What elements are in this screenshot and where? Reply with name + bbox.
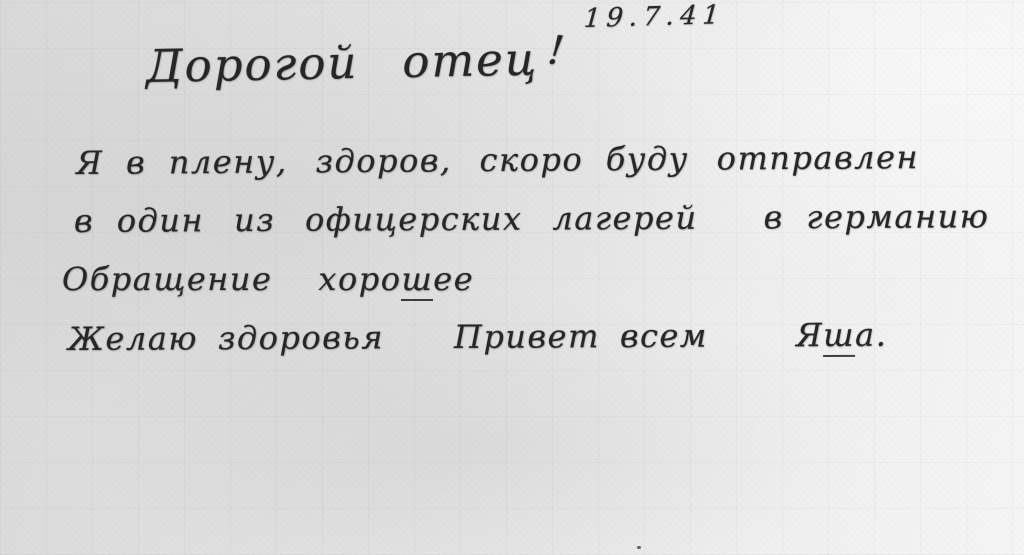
signature-yasha: Я ш а. — [796, 316, 888, 357]
letter-date: 19.7.41 — [583, 0, 727, 34]
handwritten-letter-photo: 19.7.41 Дорогой отец ! Я в плену, здоров… — [0, 0, 1024, 555]
salutation-addressee: отец — [402, 32, 539, 88]
underlined-letter-sha: ш — [401, 260, 433, 301]
salutation-addressee-group: отец ! — [402, 32, 567, 88]
line1-phrase: скоро буду — [479, 140, 688, 179]
date-text: 19.7.41 — [583, 0, 727, 34]
ink-speck — [637, 546, 641, 549]
line3-word-underlined-sh: хоро ш ее — [318, 260, 474, 301]
body-line-4: Желаю здоровья Привет всем Я ш а. — [68, 316, 888, 361]
line2-phrase: в один — [74, 201, 204, 240]
line2-phrase: в германию — [763, 197, 989, 236]
line2-phrase: из — [234, 201, 275, 239]
line1-phrase: здоров, — [315, 141, 451, 180]
word-fragment: ее — [433, 260, 474, 298]
body-line-3: Обращение хоро ш ее — [62, 260, 474, 301]
body-line-1: Я в плену, здоров, скоро буду отправлен — [76, 138, 919, 182]
body-line-2: в один из офицерских лагерей в германию — [74, 197, 990, 240]
line1-phrase: Я в плену, — [76, 143, 288, 182]
salutation-line: Дорогой отец ! — [145, 32, 566, 93]
exclamation-mark: ! — [546, 27, 569, 75]
line4-phrase: Желаю — [68, 319, 198, 358]
signature-fragment: а. — [855, 316, 887, 354]
line4-phrase: Привет — [454, 317, 600, 356]
signature-fragment: Я — [796, 316, 824, 354]
line2-phrase: офицерских — [305, 200, 523, 239]
line3-word: Обращение — [62, 260, 272, 298]
underlined-letter-sha: ш — [823, 316, 855, 357]
word-fragment: хоро — [318, 260, 401, 298]
line4-phrase: всем — [620, 317, 708, 355]
line1-phrase: отправлен — [717, 138, 920, 177]
salutation-word: Дорогой — [145, 36, 358, 93]
line4-phrase: здоровья — [218, 318, 384, 357]
line2-phrase: лагерей — [552, 199, 697, 238]
